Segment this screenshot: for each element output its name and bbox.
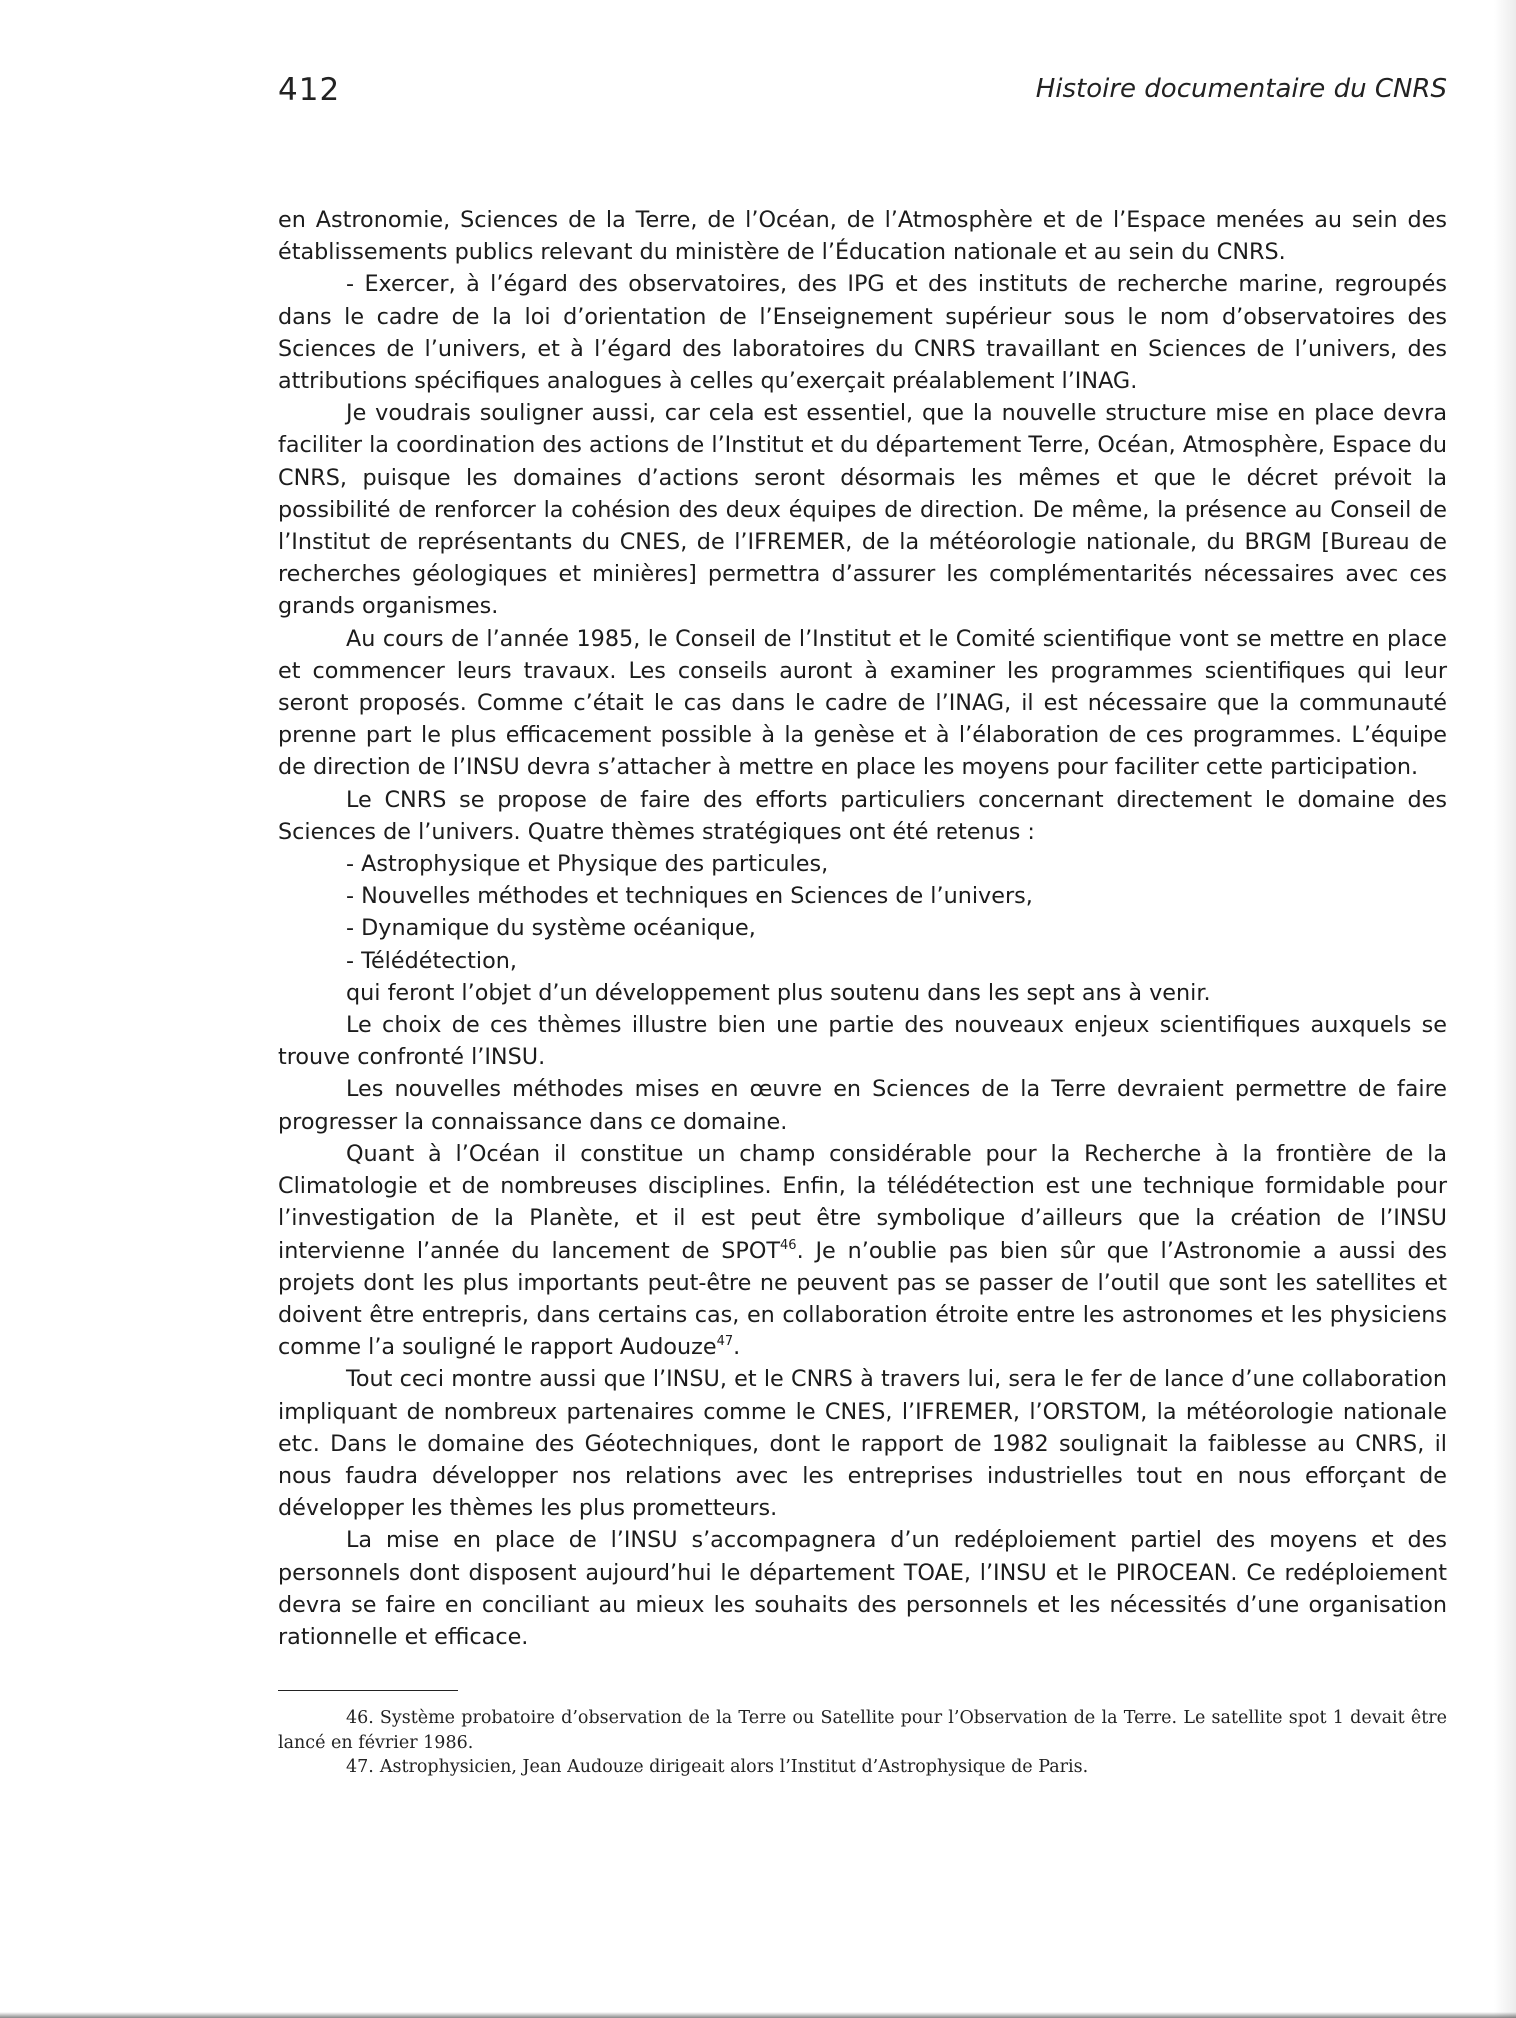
footnote-divider (278, 1690, 458, 1691)
footnote-ref-46[interactable]: 46 (780, 1238, 797, 1253)
footnote-number: 46. (346, 1708, 374, 1728)
scan-bottom-edge (0, 2012, 1516, 2018)
list-item: - Télédétection, (278, 945, 1447, 977)
footnote-47: 47.Astrophysicien, Jean Audouze dirigeai… (278, 1755, 1447, 1780)
footnotes: 46.Système probatoire d’observation de l… (278, 1706, 1447, 1780)
paragraph-choix-themes: Le choix de ces thèmes illustre bien une… (278, 1009, 1447, 1073)
list-item: - Astrophysique et Physique des particul… (278, 848, 1447, 880)
page-number: 412 (278, 72, 340, 108)
footnote-text: Astrophysicien, Jean Audouze dirigeait a… (380, 1757, 1088, 1777)
list-item: - Nouvelles méthodes et techniques en Sc… (278, 880, 1447, 912)
paragraph-sciences-terre: Les nouvelles méthodes mises en œuvre en… (278, 1073, 1447, 1137)
running-header: 412 Histoire documentaire du CNRS (278, 72, 1447, 112)
paragraph-continued: en Astronomie, Sciences de la Terre, de … (278, 204, 1447, 268)
running-title: Histoire documentaire du CNRS (1036, 74, 1447, 104)
paragraph-1985: Au cours de l’année 1985, le Conseil de … (278, 623, 1447, 784)
list-item: - Dynamique du système océanique, (278, 912, 1447, 944)
footnote-text: Système probatoire d’observation de la T… (278, 1708, 1447, 1753)
paragraph-themes-intro: Le CNRS se propose de faire des efforts … (278, 784, 1447, 848)
themes-list: - Astrophysique et Physique des particul… (278, 848, 1447, 977)
paragraph-coordination: Je voudrais souligner aussi, car cela es… (278, 397, 1447, 622)
text-segment: . (733, 1334, 740, 1360)
footnote-number: 47. (346, 1757, 374, 1777)
paragraph-exercer: - Exercer, à l’égard des observatoires, … (278, 268, 1447, 397)
scan-edge-shadow (1494, 0, 1516, 2018)
footnote-46: 46.Système probatoire d’observation de l… (278, 1706, 1447, 1755)
footnote-ref-47[interactable]: 47 (717, 1334, 734, 1349)
body-text: en Astronomie, Sciences de la Terre, de … (278, 204, 1447, 1653)
paragraph-themes-conclusion: qui feront l’objet d’un développement pl… (278, 977, 1447, 1009)
paragraph-ocean: Quant à l’Océan il constitue un champ co… (278, 1138, 1447, 1363)
paragraph-collaboration: Tout ceci montre aussi que l’INSU, et le… (278, 1363, 1447, 1524)
document-page: 412 Histoire documentaire du CNRS en Ast… (0, 0, 1516, 2018)
paragraph-redeploiement: La mise en place de l’INSU s’accompagner… (278, 1524, 1447, 1653)
